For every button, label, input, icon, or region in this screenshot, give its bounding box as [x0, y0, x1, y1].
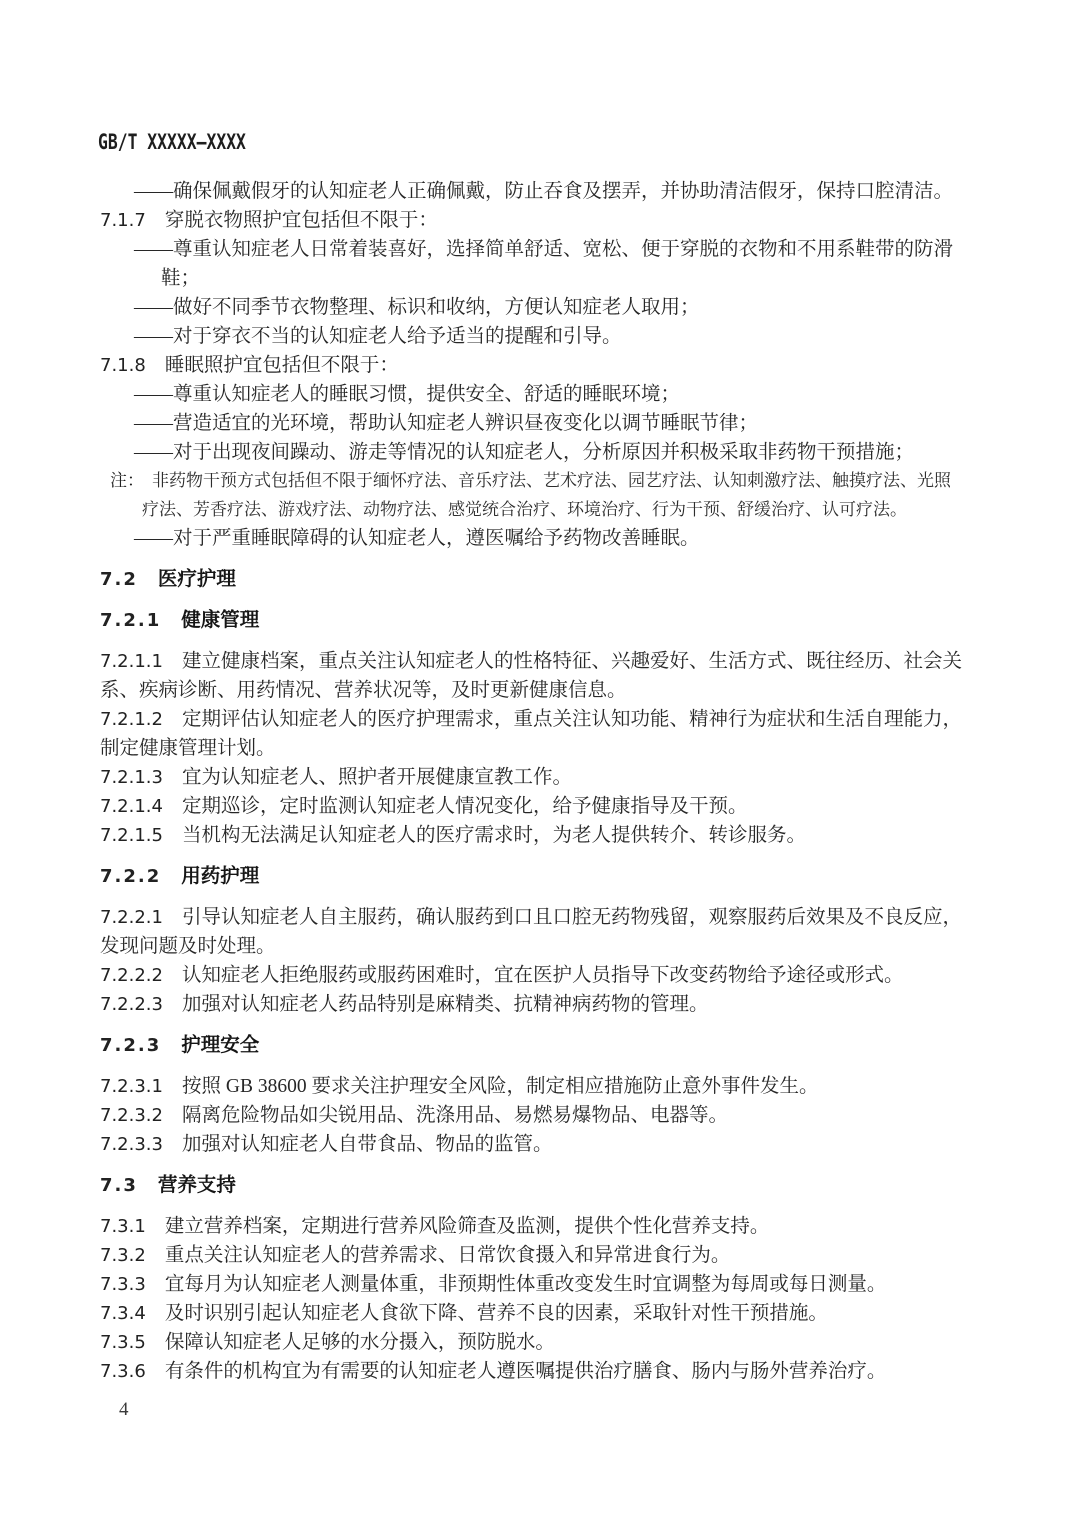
clause-number: 7.1.8: [100, 355, 146, 376]
clause-paragraph: 7.3.2重点关注认知症老人的营养需求、日常饮食摄入和异常进食行为。: [100, 1241, 966, 1270]
line-text: 认知症老人拒绝服药或服药困难时，宜在医护人员指导下改变药物给予途径或形式。: [182, 965, 904, 986]
clause-number: 7.3.5: [100, 1332, 146, 1353]
dash-list-item: ——尊重认知症老人日常着装喜好，选择简单舒适、宽松、便于穿脱的衣物和不用系鞋带的…: [100, 235, 966, 293]
dash-list-item: ——对于穿衣不当的认知症老人给予适当的提醒和引导。: [100, 322, 966, 351]
clause-number: 7.2.1.4: [100, 796, 163, 817]
line-text: 穿脱衣物照护宜包括但不限于：: [165, 210, 438, 231]
line-text: 建立健康档案，重点关注认知症老人的性格特征、兴趣爱好、生活方式、既往经历、社会关…: [100, 651, 962, 701]
line-text: 医疗护理: [158, 568, 236, 590]
clause-paragraph: 7.2.1.3宜为认知症老人、照护者开展健康宣教工作。: [100, 763, 966, 792]
clause-paragraph: 7.2.1.2定期评估认知症老人的医疗护理需求，重点关注认知功能、精神行为症状和…: [100, 705, 966, 763]
clause-number: 7.3.2: [100, 1245, 146, 1266]
line-text: ——对于穿衣不当的认知症老人给予适当的提醒和引导。: [134, 326, 622, 347]
clause-number: 7.3.6: [100, 1361, 146, 1382]
clause-number: 7.2.1.2: [100, 709, 163, 730]
clause-paragraph: 7.3.4及时识别引起认知症老人食欲下降、营养不良的因素，采取针对性干预措施。: [100, 1299, 966, 1328]
line-text: 睡眠照护宜包括但不限于：: [165, 355, 399, 376]
line-text: ——对于出现夜间躁动、游走等情况的认知症老人，分析原因并积极采取非药物干预措施；: [134, 442, 914, 463]
clause-number: 7.2.1: [100, 610, 161, 631]
dash-list-item: ——营造适宜的光环境，帮助认知症老人辨识昼夜变化以调节睡眠节律；: [100, 409, 966, 438]
clause-number: 7.2.1.5: [100, 825, 163, 846]
clause-paragraph: 7.1.8睡眠照护宜包括但不限于：: [100, 351, 966, 380]
clause-paragraph: 7.2.2.1引导认知症老人自主服药，确认服药到口且口腔无药物残留，观察服药后效…: [100, 903, 966, 961]
line-text: 建立营养档案，定期进行营养风险筛查及监测，提供个性化营养支持。: [165, 1216, 770, 1237]
clause-number: 7.2.1.1: [100, 651, 163, 672]
clause-paragraph: 7.1.7穿脱衣物照护宜包括但不限于：: [100, 206, 966, 235]
subsection-heading: 7.2.1健康管理: [100, 606, 966, 635]
line-text: 营养支持: [158, 1174, 236, 1196]
document-page: GB/T XXXXX—XXXX ——确保佩戴假牙的认知症老人正确佩戴，防止吞食及…: [0, 0, 1080, 1527]
dash-list-item: ——做好不同季节衣物整理、标识和收纳，方便认知症老人取用；: [100, 293, 966, 322]
clause-number: 7.2: [100, 569, 138, 590]
line-text: 有条件的机构宜为有需要的认知症老人遵医嘱提供治疗膳食、肠内与肠外营养治疗。: [165, 1361, 887, 1382]
line-text: ——营造适宜的光环境，帮助认知症老人辨识昼夜变化以调节睡眠节律；: [134, 413, 758, 434]
clause-number: 7.3: [100, 1175, 138, 1196]
note-paragraph: 注：非药物干预方式包括但不限于缅怀疗法、音乐疗法、艺术疗法、园艺疗法、认知刺激疗…: [100, 467, 966, 524]
clause-paragraph: 7.3.5保障认知症老人足够的水分摄入，预防脱水。: [100, 1328, 966, 1357]
clause-paragraph: 7.2.1.1建立健康档案，重点关注认知症老人的性格特征、兴趣爱好、生活方式、既…: [100, 647, 966, 705]
line-text: 按照 GB 38600 要求关注护理安全风险，制定相应措施防止意外事件发生。: [182, 1076, 818, 1097]
clause-number: 7.2.3: [100, 1035, 161, 1056]
line-text: ——确保佩戴假牙的认知症老人正确佩戴，防止吞食及摆弄，并协助清洁假牙，保持口腔清…: [134, 181, 953, 202]
clause-number: 7.2.3.3: [100, 1134, 163, 1155]
line-text: 加强对认知症老人自带食品、物品的监管。: [182, 1134, 553, 1155]
clause-paragraph: 7.2.3.1按照 GB 38600 要求关注护理安全风险，制定相应措施防止意外…: [100, 1072, 966, 1101]
clause-number: 7.3.3: [100, 1274, 146, 1295]
line-text: ——做好不同季节衣物整理、标识和收纳，方便认知症老人取用；: [134, 297, 700, 318]
clause-paragraph: 7.3.1建立营养档案，定期进行营养风险筛查及监测，提供个性化营养支持。: [100, 1212, 966, 1241]
clause-number: 7.2.3.2: [100, 1105, 163, 1126]
clause-paragraph: 7.2.1.5当机构无法满足认知症老人的医疗需求时，为老人提供转介、转诊服务。: [100, 821, 966, 850]
clause-number: 7.2.2: [100, 866, 161, 887]
line-text: 当机构无法满足认知症老人的医疗需求时，为老人提供转介、转诊服务。: [182, 825, 806, 846]
clause-paragraph: 7.2.3.3加强对认知症老人自带食品、物品的监管。: [100, 1130, 966, 1159]
line-text: 宜每月为认知症老人测量体重，非预期性体重改变发生时宜调整为每周或每日测量。: [165, 1274, 887, 1295]
section-heading: 7.2医疗护理: [100, 565, 966, 594]
line-text: 定期评估认知症老人的医疗护理需求，重点关注认知功能、精神行为症状和生活自理能力，…: [100, 709, 962, 759]
clause-number: 7.3.4: [100, 1303, 146, 1324]
dash-list-item: ——对于出现夜间躁动、游走等情况的认知症老人，分析原因并积极采取非药物干预措施；: [100, 438, 966, 467]
clause-paragraph: 7.2.2.3加强对认知症老人药品特别是麻精类、抗精神病药物的管理。: [100, 990, 966, 1019]
line-text: 定期巡诊，定时监测认知症老人情况变化，给予健康指导及干预。: [182, 796, 748, 817]
line-text: 及时识别引起认知症老人食欲下降、营养不良的因素，采取针对性干预措施。: [165, 1303, 828, 1324]
clause-paragraph: 7.2.3.2隔离危险物品如尖锐用品、洗涤用品、易燃易爆物品、电器等。: [100, 1101, 966, 1130]
clause-paragraph: 7.2.2.2认知症老人拒绝服药或服药困难时，宜在医护人员指导下改变药物给予途径…: [100, 961, 966, 990]
clause-number: 7.2.1.3: [100, 767, 163, 788]
subsection-heading: 7.2.3护理安全: [100, 1031, 966, 1060]
line-text: 护理安全: [181, 1034, 259, 1056]
clause-number: 7.2.3.1: [100, 1076, 163, 1097]
note-label: 注：: [110, 471, 144, 490]
dash-list-item: ——对于严重睡眠障碍的认知症老人，遵医嘱给予药物改善睡眠。: [100, 524, 966, 553]
line-text: 重点关注认知症老人的营养需求、日常饮食摄入和异常进食行为。: [165, 1245, 731, 1266]
clause-number: 7.2.2.2: [100, 965, 163, 986]
dash-list-item: ——尊重认知症老人的睡眠习惯，提供安全、舒适的睡眠环境；: [100, 380, 966, 409]
clause-number: 7.1.7: [100, 210, 146, 231]
dash-list-item: ——确保佩戴假牙的认知症老人正确佩戴，防止吞食及摆弄，并协助清洁假牙，保持口腔清…: [100, 177, 966, 206]
line-text: 隔离危险物品如尖锐用品、洗涤用品、易燃易爆物品、电器等。: [182, 1105, 728, 1126]
page-number: 4: [119, 1399, 129, 1421]
clause-paragraph: 7.3.6有条件的机构宜为有需要的认知症老人遵医嘱提供治疗膳食、肠内与肠外营养治…: [100, 1357, 966, 1386]
clause-paragraph: 7.2.1.4定期巡诊，定时监测认知症老人情况变化，给予健康指导及干预。: [100, 792, 966, 821]
line-text: ——对于严重睡眠障碍的认知症老人，遵医嘱给予药物改善睡眠。: [134, 528, 700, 549]
line-text: 加强对认知症老人药品特别是麻精类、抗精神病药物的管理。: [182, 994, 709, 1015]
section-heading: 7.3营养支持: [100, 1171, 966, 1200]
clause-paragraph: 7.3.3宜每月为认知症老人测量体重，非预期性体重改变发生时宜调整为每周或每日测…: [100, 1270, 966, 1299]
clause-number: 7.2.2.3: [100, 994, 163, 1015]
line-text: 健康管理: [181, 609, 259, 631]
standard-number-header: GB/T XXXXX—XXXX: [98, 130, 246, 154]
line-text: 用药护理: [181, 865, 259, 887]
subsection-heading: 7.2.2用药护理: [100, 862, 966, 891]
line-text: ——尊重认知症老人的睡眠习惯，提供安全、舒适的睡眠环境；: [134, 384, 680, 405]
line-text: 引导认知症老人自主服药，确认服药到口且口腔无药物残留，观察服药后效果及不良反应，…: [100, 907, 962, 957]
clause-number: 7.3.1: [100, 1216, 146, 1237]
line-text: 宜为认知症老人、照护者开展健康宣教工作。: [182, 767, 572, 788]
document-body: ——确保佩戴假牙的认知症老人正确佩戴，防止吞食及摆弄，并协助清洁假牙，保持口腔清…: [100, 177, 966, 1386]
line-text: 非药物干预方式包括但不限于缅怀疗法、音乐疗法、艺术疗法、园艺疗法、认知刺激疗法、…: [142, 471, 951, 519]
line-text: 保障认知症老人足够的水分摄入，预防脱水。: [165, 1332, 555, 1353]
line-text: ——尊重认知症老人日常着装喜好，选择简单舒适、宽松、便于穿脱的衣物和不用系鞋带的…: [134, 239, 953, 289]
clause-number: 7.2.2.1: [100, 907, 163, 928]
